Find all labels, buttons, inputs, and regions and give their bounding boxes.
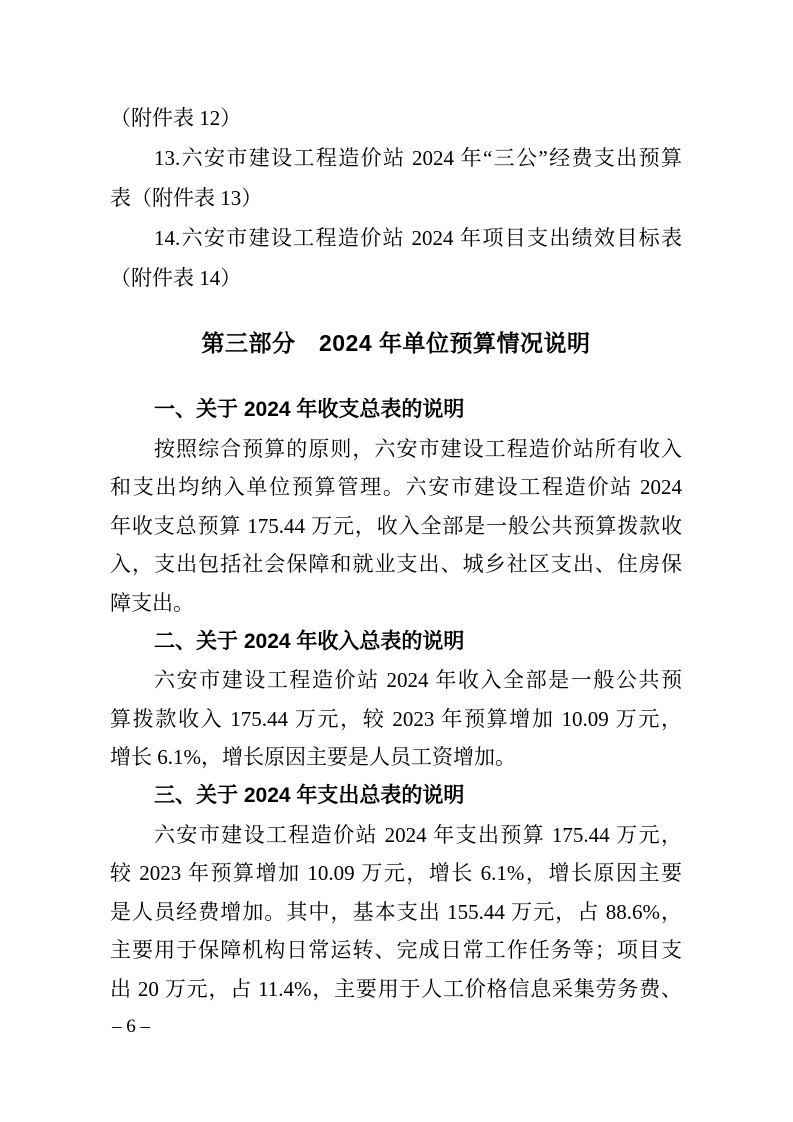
attachment-list-line: （附件表 14） [110,258,682,298]
document-body: （附件表 12）13.六安市建设工程造价站 2024 年“三公”经费支出预算表（… [110,0,682,1009]
paragraph-line: 出 20 万元，占 11.4%，主要用于人工价格信息采集劳务费、 [110,970,682,1009]
paragraph-line: 增长 6.1%，增长原因主要是人员工资增加。 [110,738,682,777]
paragraph-line: 年收支总预算 175.44 万元，收入全部是一般公共预算拨款收 [110,507,682,546]
paragraph-line: 按照综合预算的原则，六安市建设工程造价站所有收入 [110,430,682,469]
sections-container: 一、关于 2024 年收支总表的说明按照综合预算的原则，六安市建设工程造价站所有… [110,391,682,1009]
paragraph-line: 六安市建设工程造价站 2024 年支出预算 175.44 万元， [110,816,682,855]
paragraph-line: 障支出。 [110,584,682,623]
part-heading: 第三部分 2024 年单位预算情况说明 [110,323,682,363]
paragraph-line: 主要用于保障机构日常运转、完成日常工作任务等；项目支 [110,931,682,970]
paragraph-line: 较 2023 年预算增加 10.09 万元，增长 6.1%，增长原因主要 [110,854,682,893]
attachment-list-line: 表（附件表 13） [110,178,682,218]
attachment-list-line: 14.六安市建设工程造价站 2024 年项目支出绩效目标表 [110,218,682,258]
attachment-list-line: 13.六安市建设工程造价站 2024 年“三公”经费支出预算 [110,138,682,178]
paragraph-line: 六安市建设工程造价站 2024 年收入全部是一般公共预 [110,661,682,700]
section-heading-3: 三、关于 2024 年支出总表的说明 [110,777,682,816]
page-footer: – 6 – [112,1012,150,1042]
page-number: – 6 – [112,1016,150,1037]
section-heading-1: 一、关于 2024 年收支总表的说明 [110,391,682,430]
paragraph-line: 和支出均纳入单位预算管理。六安市建设工程造价站 2024 [110,468,682,507]
attachment-list: （附件表 12）13.六安市建设工程造价站 2024 年“三公”经费支出预算表（… [110,0,682,298]
paragraph-line: 入，支出包括社会保障和就业支出、城乡社区支出、住房保 [110,545,682,584]
document-page: （附件表 12）13.六安市建设工程造价站 2024 年“三公”经费支出预算表（… [0,0,793,1122]
section-heading-2: 二、关于 2024 年收入总表的说明 [110,623,682,662]
paragraph-line: 算拨款收入 175.44 万元，较 2023 年预算增加 10.09 万元， [110,700,682,739]
attachment-list-line: （附件表 12） [110,98,682,138]
paragraph-line: 是人员经费增加。其中，基本支出 155.44 万元，占 88.6%， [110,893,682,932]
